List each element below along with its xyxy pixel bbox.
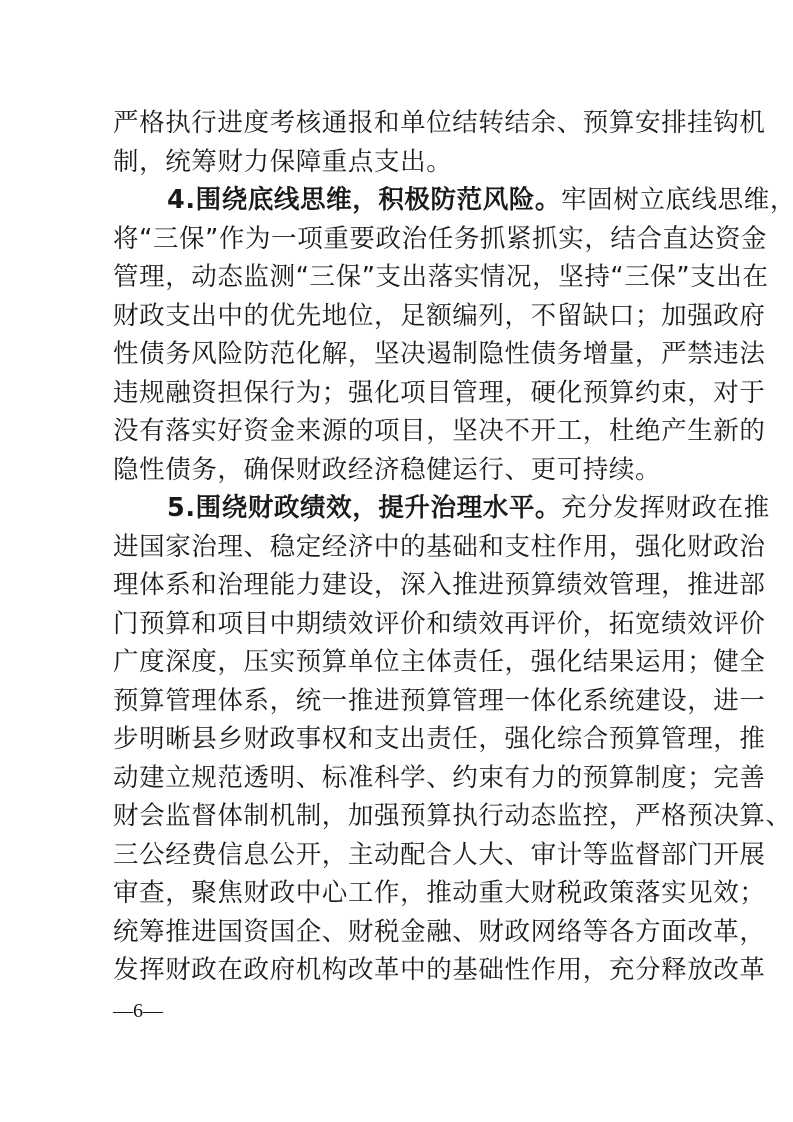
- text-line: 违规融资担保行为；强化项目管理，硬化预算约束，对于: [113, 374, 683, 413]
- section-4-heading: 4.围绕底线思维，积极防范风险。: [167, 185, 561, 215]
- text-line: 严格执行进度考核通报和单位结转结余、预算安排挂钩机: [113, 104, 683, 143]
- document-body: 严格执行进度考核通报和单位结转结余、预算安排挂钩机 制，统筹财力保障重点支出。 …: [113, 104, 683, 990]
- section-5-first-line: 5.围绕财政绩效，提升治理水平。充分发挥财政在推: [113, 489, 683, 528]
- text-line: 隐性债务，确保财政经济稳健运行、更可持续。: [113, 451, 683, 490]
- section-5-heading: 5.围绕财政绩效，提升治理水平。: [167, 493, 561, 523]
- text-line: 进国家治理、稳定经济中的基础和支柱作用，强化财政治: [113, 528, 683, 567]
- text-line: 门预算和项目中期绩效评价和绩效再评价，拓宽绩效评价: [113, 605, 683, 644]
- text-line: 理体系和治理能力建设，深入推进预算绩效管理，推进部: [113, 566, 683, 605]
- text-run: 充分发挥财政在推: [561, 493, 770, 523]
- text-line: 动建立规范透明、标准科学、约束有力的预算制度；完善: [113, 759, 683, 798]
- text-line: 财政支出中的优先地位，足额编列，不留缺口；加强政府: [113, 297, 683, 336]
- text-line: 管理，动态监测“三保”支出落实情况，坚持“三保”支出在: [113, 258, 683, 297]
- text-line: 性债务风险防范化解，坚决遏制隐性债务增量，严禁违法: [113, 335, 683, 374]
- text-line: 三公经费信息公开，主动配合人大、审计等监督部门开展: [113, 836, 683, 875]
- text-line: 将“三保”作为一项重要政治任务抓紧抓实，结合直达资金: [113, 220, 683, 259]
- section-4-first-line: 4.围绕底线思维，积极防范风险。牢固树立底线思维，: [113, 181, 683, 220]
- text-line: 没有落实好资金来源的项目，坚决不开工，杜绝产生新的: [113, 412, 683, 451]
- text-line: 预算管理体系，统一推进预算管理一体化系统建设，进一: [113, 682, 683, 721]
- text-run: 牢固树立底线思维，: [561, 185, 793, 215]
- text-line: 步明晰县乡财政事权和支出责任，强化综合预算管理，推: [113, 720, 683, 759]
- text-line: 广度深度，压实预算单位主体责任，强化结果运用；健全: [113, 643, 683, 682]
- text-line: 统筹推进国资国企、财税金融、财政网络等各方面改革，: [113, 913, 683, 952]
- text-line: 发挥财政在政府机构改革中的基础性作用，充分释放改革: [113, 951, 683, 990]
- page-number: —6—: [113, 1000, 163, 1023]
- text-line: 制，统筹财力保障重点支出。: [113, 143, 683, 182]
- text-line: 财会监督体制机制，加强预算执行动态监控，严格预决算、: [113, 797, 683, 836]
- text-line: 审查，聚焦财政中心工作，推动重大财税政策落实见效；: [113, 874, 683, 913]
